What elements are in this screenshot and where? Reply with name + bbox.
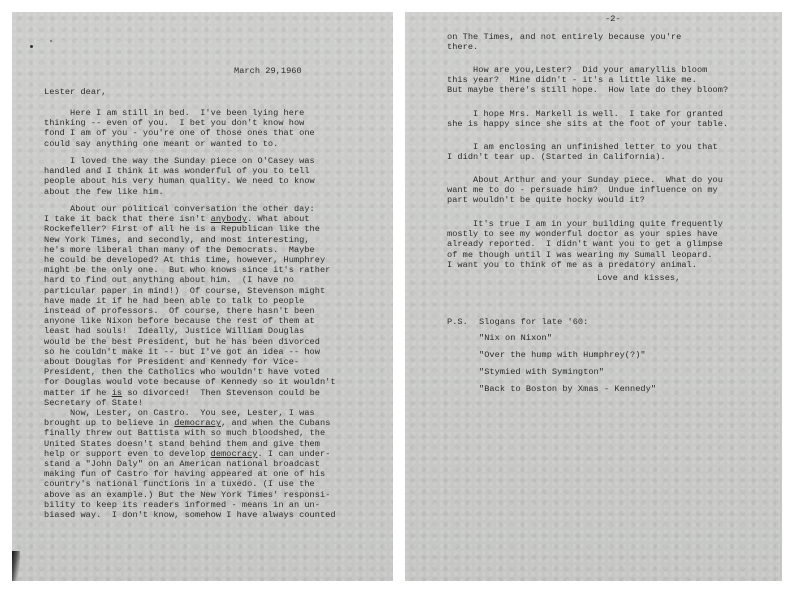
text-line: so he couldn't make it -- but I've got a… (44, 347, 336, 357)
ink-speck (50, 40, 52, 42)
paragraph: It's true I am in your building quite fr… (447, 219, 723, 270)
paragraph: I am enclosing an unfinished letter to y… (447, 142, 718, 162)
text-line: would be the best President, but he has … (44, 337, 336, 347)
text-line: help or support even to develop democrac… (44, 449, 336, 459)
text-line: biased way. I don't know, somehow I have… (44, 510, 336, 520)
text-line: fond I am of you - you're one of those o… (44, 128, 315, 138)
letter-page-1: March 29,1960 Lester dear, Here I am sti… (12, 12, 393, 581)
text-line: But maybe there's still hope. How late d… (447, 85, 728, 95)
text-line: Rockefeller? First of all he is a Republ… (44, 224, 336, 234)
paragraph: About Arthur and your Sunday piece. What… (447, 175, 723, 206)
text-line: people about his very human quality. We … (44, 176, 315, 186)
text-line: want me to do - persuade him? Undue infl… (447, 185, 723, 195)
text-line: bility to keep its readers informed - me… (44, 500, 336, 510)
paragraph: I loved the way the Sunday piece on O'Ca… (44, 156, 315, 197)
text-line: already reported. I didn't want you to g… (447, 239, 723, 249)
text-line: Here I am still in bed. I've been lying … (44, 108, 315, 118)
text-line: How are you,Lester? Did your amaryllis b… (447, 65, 728, 75)
slogan: "Nix on Nixon" (479, 333, 552, 343)
text-line: United States doesn't stand behind them … (44, 439, 336, 449)
text-line: have made it if he had been able to talk… (44, 296, 336, 306)
ink-speck (30, 45, 33, 48)
letter-page-2: -2- on The Times, and not entirely becau… (405, 12, 782, 581)
text-line: finally threw out Battista with so much … (44, 428, 336, 438)
text-line: mostly to see my wonderful doctor as you… (447, 229, 723, 239)
text-line: I take it back that there isn't anybody.… (44, 214, 336, 224)
text-line: for Douglas would vote because of Kenned… (44, 377, 336, 387)
text-line: matter if he is so divorced! Then Steven… (44, 388, 336, 398)
page-number: -2- (605, 14, 621, 24)
text-line: making fun of Castro for having appeared… (44, 469, 336, 479)
text-line: thinking -- even of you. I bet you don't… (44, 118, 315, 128)
postscript-label: P.S. (447, 317, 468, 327)
text-line: Secretary of State! (44, 398, 336, 408)
text-line: About Arthur and your Sunday piece. What… (447, 175, 723, 185)
text-line: brought up to believe in democracy, and … (44, 418, 336, 428)
text-line: about Douglas for President and Kennedy … (44, 357, 336, 367)
postscript-heading: Slogans for late '60: (479, 317, 588, 327)
text-line: President, then the Catholics who wouldn… (44, 367, 336, 377)
text-line: she is happy since she sits at the foot … (447, 119, 728, 129)
text-line: country's national functions in a tuxedo… (44, 479, 336, 489)
text-line: above as an example.) But the New York T… (44, 490, 336, 500)
paragraph: on The Times, and not entirely because y… (447, 32, 681, 52)
text-line: particular paper in mind!) Of course, St… (44, 286, 336, 296)
text-line: of me though until I was wearing my Suma… (447, 250, 723, 260)
text-line: he's more liberal than many of the Democ… (44, 245, 336, 255)
text-line: he could be developed? At this time, how… (44, 255, 336, 265)
slogan: "Over the hump with Humphrey(?)" (479, 350, 646, 360)
text-line: It's true I am in your building quite fr… (447, 219, 723, 229)
text-line: might be the only one. But who knows sin… (44, 265, 336, 275)
page-fold-shadow (12, 551, 20, 581)
text-line: I am enclosing an unfinished letter to y… (447, 142, 718, 152)
text-line: anyone like Nixon before because the res… (44, 316, 336, 326)
text-line: About our political conversation the oth… (44, 204, 336, 214)
text-line: least had souls! Ideally, Justice Willia… (44, 326, 336, 336)
paragraph: Here I am still in bed. I've been lying … (44, 108, 315, 149)
letter-date: March 29,1960 (234, 66, 302, 76)
slogan: "Stymied with Symington" (479, 367, 604, 377)
slogan: "Back to Boston by Xmas - Kennedy" (479, 384, 656, 394)
closing: Love and kisses, (597, 273, 680, 283)
text-line: hard to find out anything about him. (I … (44, 275, 336, 285)
text-line: I loved the way the Sunday piece on O'Ca… (44, 156, 315, 166)
text-line: I hope Mrs. Markell is well. I take for … (447, 109, 728, 119)
text-line: on The Times, and not entirely because y… (447, 32, 681, 42)
paragraph: I hope Mrs. Markell is well. I take for … (447, 109, 728, 129)
text-line: could say anything one meant or wanted t… (44, 139, 315, 149)
text-line: stand a "John Daly" on an American natio… (44, 459, 336, 469)
text-line: Now, Lester, on Castro. You see, Lester,… (44, 408, 336, 418)
text-line: about the few like him. (44, 187, 315, 197)
text-line: this year? Mine didn't - it's a little l… (447, 75, 728, 85)
text-line: there. (447, 42, 681, 52)
text-line: instead of professors. Of course, there … (44, 306, 336, 316)
text-line: part wouldn't be quite hocky would it? (447, 195, 723, 205)
text-line: New York Times, and secondly, and most i… (44, 235, 336, 245)
salutation: Lester dear, (44, 87, 107, 97)
paragraph: How are you,Lester? Did your amaryllis b… (447, 65, 728, 96)
paragraph: Now, Lester, on Castro. You see, Lester,… (44, 408, 336, 520)
text-line: I want you to think of me as a predatory… (447, 260, 723, 270)
text-line: I didn't tear up. (Started in California… (447, 152, 718, 162)
text-line: handled and I think it was wonderful of … (44, 166, 315, 176)
paragraph: About our political conversation the oth… (44, 204, 336, 408)
